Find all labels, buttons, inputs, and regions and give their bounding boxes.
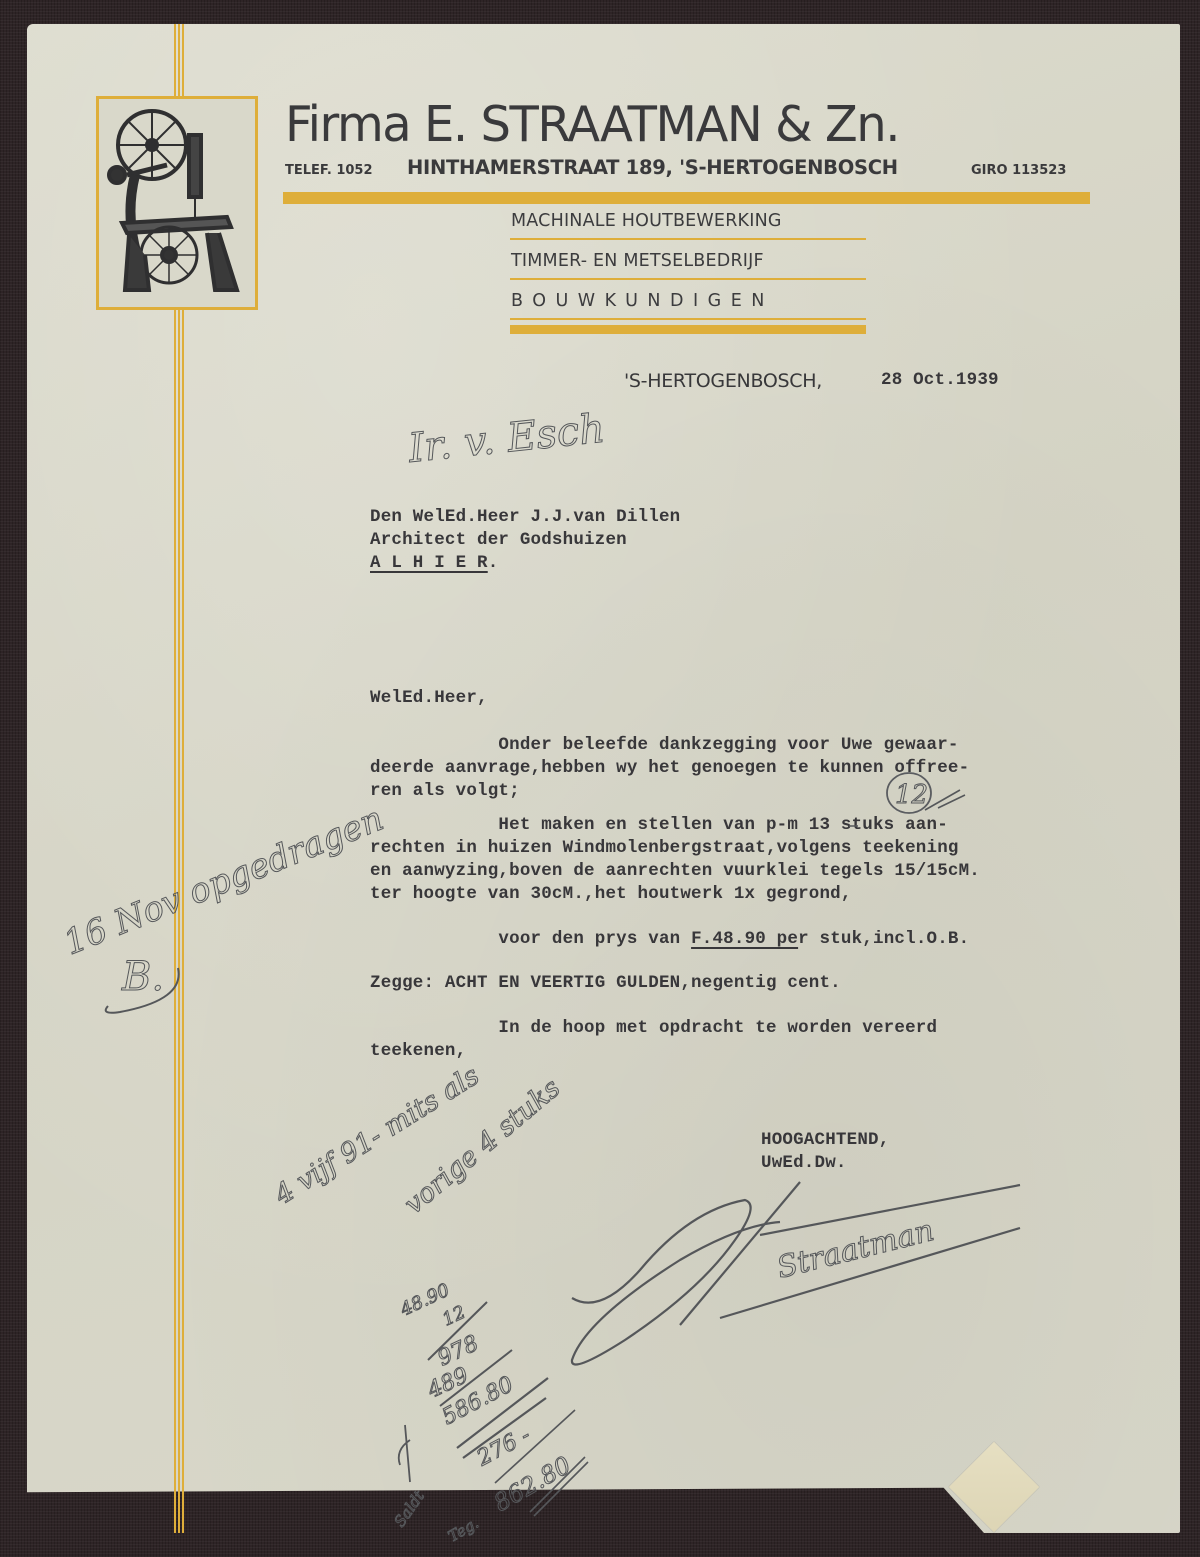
price-prefix: voor den prys van — [370, 929, 691, 949]
recipient-location-period: . — [488, 553, 499, 573]
service-divider — [510, 318, 866, 320]
street-address: HINTHAMERSTRAAT 189, 'S-HERTOGENBOSCH — [407, 158, 898, 178]
signoff-line1: HOOGACHTEND, — [761, 1132, 889, 1150]
bandsaw-machine-icon — [107, 105, 247, 305]
body-para2-line4: ter hoogte van 30cM.,het houtwerk 1x geg… — [370, 886, 852, 904]
dateline-date: 28 Oct.1939 — [881, 372, 999, 390]
salutation: WelEd.Heer, — [370, 690, 488, 708]
closing-line2: teekenen, — [370, 1043, 466, 1061]
body-para1-line3: ren als volgt; — [370, 783, 520, 801]
body-para1-line1: Onder beleefde dankzegging voor Uwe gewa… — [370, 737, 959, 755]
closing-line1: In de hoop met opdracht te worden vereer… — [370, 1020, 937, 1038]
recipient-location-text: A L H I E R — [370, 553, 488, 573]
price-amount: F.48.90 pe — [691, 929, 798, 949]
dateline-place: 'S-HERTOGENBOSCH, — [624, 370, 822, 392]
recipient-name: Den WelEd.Heer J.J.van Dillen — [370, 509, 680, 527]
body-para2-line2: rechten in huizen Windmolenbergstraat,vo… — [370, 840, 959, 858]
service-carpentry: TIMMER- EN METSELBEDRIJF — [511, 253, 866, 271]
service-woodworking: MACHINALE HOUTBEWERKING — [511, 213, 866, 231]
recipient-title: Architect der Godshuizen — [370, 532, 627, 550]
body-para2-line3: en aanwyzing,boven de aanrechten vuurkle… — [370, 863, 980, 881]
giro-number: GIRO 113523 — [971, 164, 1066, 177]
telephone: TELEF. 1052 — [285, 164, 373, 177]
recipient-location: A L H I E R. — [370, 555, 498, 573]
body-para2-line1: Het maken en stellen van p-m 13 stuks aa… — [370, 817, 948, 835]
body-para1-line2: deerde aanvrage,hebben wy het genoegen t… — [370, 760, 969, 778]
service-divider — [510, 238, 866, 240]
service-architects: BOUWKUNDIGEN — [511, 293, 866, 311]
company-name: Firma E. STRAATMAN & Zn. — [285, 100, 899, 149]
price-suffix: r stuk,incl.O.B. — [798, 929, 969, 949]
amount-in-words: Zegge: ACHT EN VEERTIG GULDEN,negentig c… — [370, 975, 841, 993]
logo-frame — [96, 96, 258, 310]
calc-label-a: Saldt — [391, 1487, 429, 1531]
price-line: voor den prys van F.48.90 per stuk,incl.… — [370, 931, 969, 949]
services-gold-bar — [510, 325, 866, 334]
letterhead-gold-bar — [283, 192, 1090, 204]
signoff-line2: UwEd.Dw. — [761, 1155, 847, 1173]
calc-label-b: Teg. — [445, 1514, 482, 1546]
service-divider — [510, 278, 866, 280]
